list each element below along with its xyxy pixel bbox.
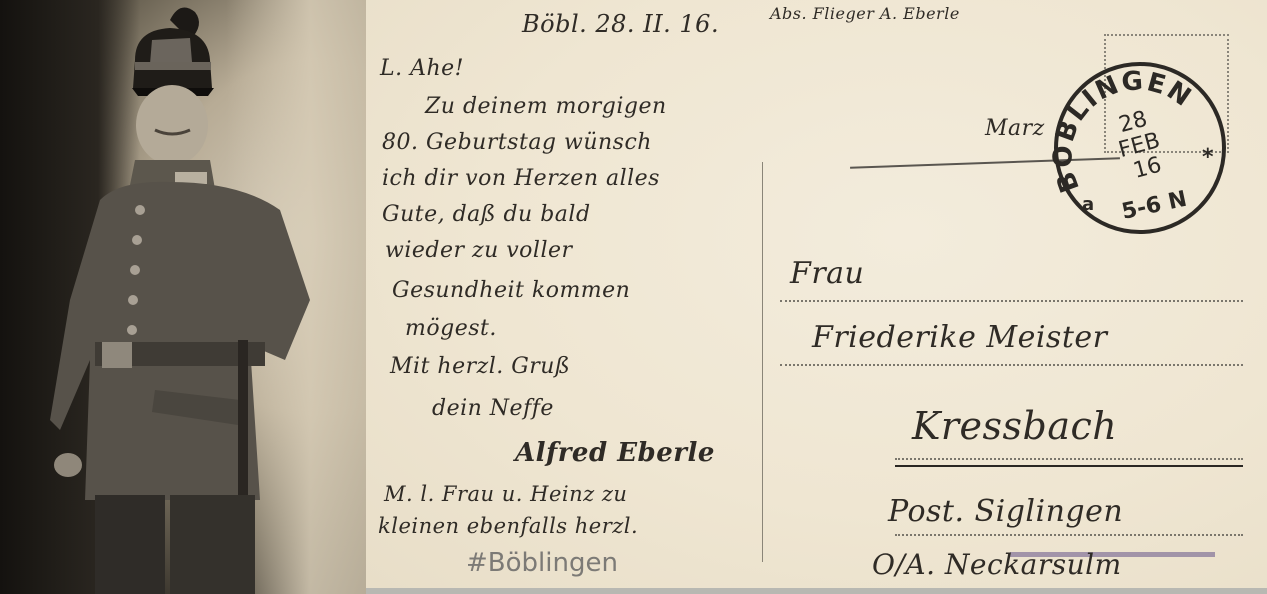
address-line-3: Kressbach: [912, 404, 1117, 448]
message-line: Gesundheit kommen: [392, 278, 630, 303]
postmark-time: 5-6 N: [1120, 187, 1190, 225]
message-line: mögest.: [405, 316, 497, 341]
message-line: wieder zu voller: [385, 238, 573, 263]
postmark-icon: BÖBLINGEN 28 FEB 16 5-6 N a *: [1052, 60, 1228, 236]
address-underline: [895, 465, 1243, 467]
closing-line: Mit herzl. Gruß: [390, 354, 570, 379]
pencil-tag: #Böblingen: [466, 548, 618, 578]
postmark-prefix: a: [1082, 194, 1094, 215]
address-line-5: O/A. Neckarsulm: [872, 548, 1122, 581]
sender-line: Abs. Flieger A. Eberle: [770, 4, 960, 23]
closing-line: dein Neffe: [432, 396, 554, 421]
date-line: Böbl. 28. II. 16.: [522, 10, 719, 38]
address-guide-4: [895, 534, 1243, 536]
soldier-figure: [40, 0, 340, 594]
address-guide-1: [780, 300, 1243, 302]
message-line: Zu deinem morgigen: [425, 94, 667, 119]
soldier-photo: [0, 0, 366, 594]
address-guide-2: [780, 364, 1243, 366]
address-line-1: Frau: [790, 256, 864, 291]
card-divider: [762, 162, 763, 562]
postscript-line: kleinen ebenfalls herzl.: [378, 514, 638, 538]
postscript-line: M. l. Frau u. Heinz zu: [384, 482, 627, 506]
scan-edge: [366, 588, 1267, 594]
message-line: ich dir von Herzen alles: [382, 166, 660, 191]
margin-note: Marz: [985, 116, 1045, 141]
address-line-4: Post. Siglingen: [888, 494, 1123, 529]
message-line: 80. Geburtstag wünsch: [382, 130, 652, 155]
message-line: Gute, daß du bald: [382, 202, 591, 227]
postmark-star-icon: *: [1202, 145, 1214, 170]
signature: Alfred Eberle: [515, 438, 715, 468]
address-guide-3: [895, 458, 1243, 460]
salutation: L. Ahe!: [380, 56, 464, 81]
address-line-2: Friederike Meister: [812, 320, 1107, 355]
